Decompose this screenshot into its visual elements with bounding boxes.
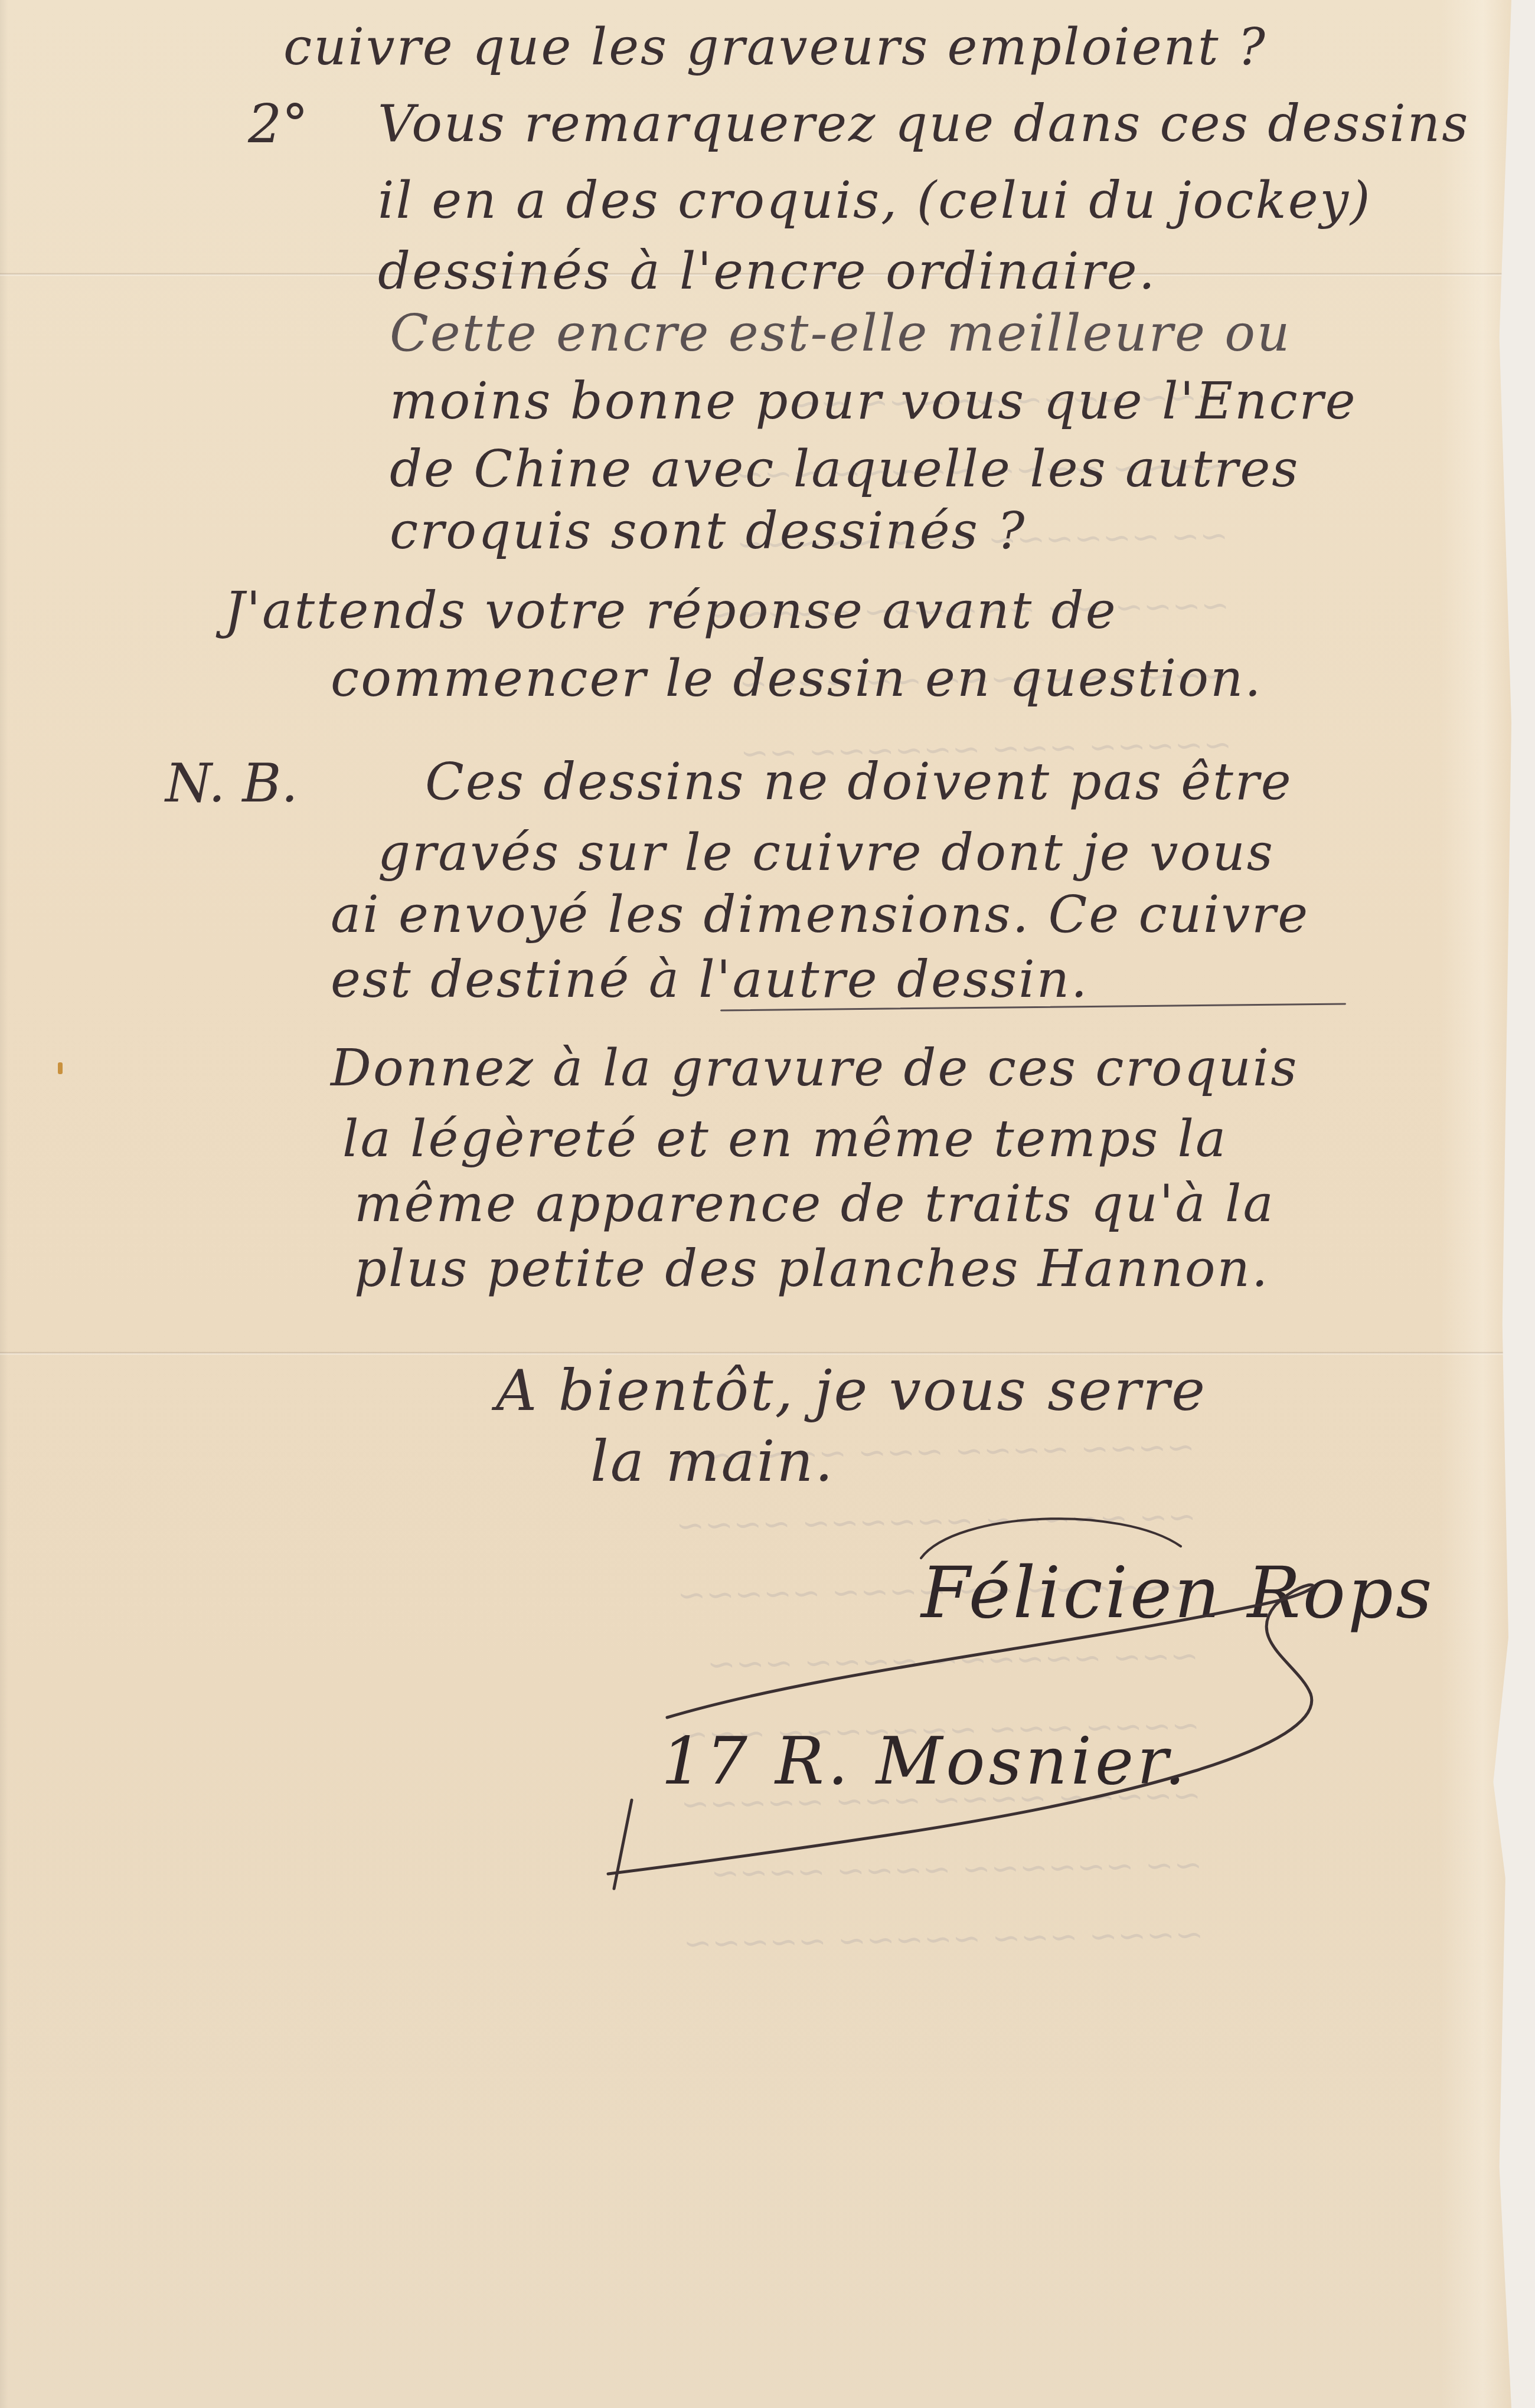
letter-page: ~~~ ~~~~ ~~~~~ ~~ ~~~~ ~~~~ ~~~~~ ~~~ ~~… [0,0,1511,2408]
signature-flourish [0,0,1511,2408]
